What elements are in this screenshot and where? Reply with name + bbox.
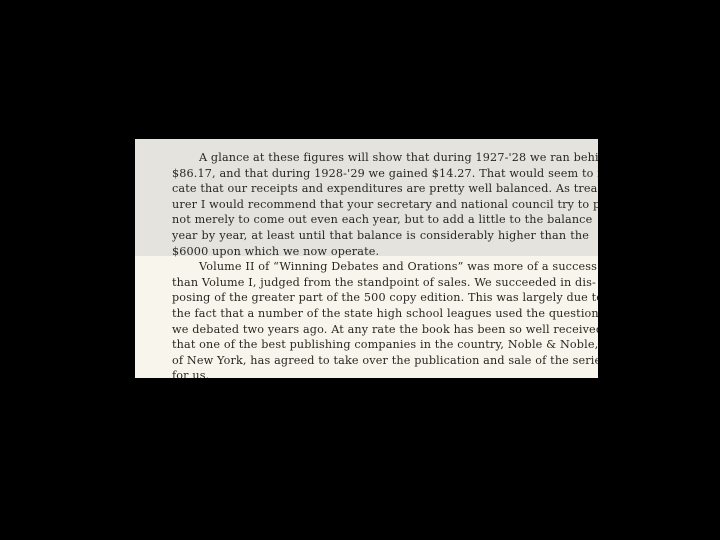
text-line: A glance at these figures will show that… [145,150,589,166]
text-line: of New York, has agreed to take over the… [145,353,589,369]
text-line: that one of the best publishing companie… [145,337,589,353]
text-line: $86.17, and that during 1928-'29 we gain… [145,166,589,182]
paragraph-winning-debates: Volume II of “Winning Debates and Oratio… [145,259,589,378]
text-line: the fact that a number of the state high… [145,306,589,322]
text-line: $6000 upon which we now operate. [145,244,589,260]
text-line: we debated two years ago. At any rate th… [145,322,589,338]
text-line: year by year, at least until that balanc… [145,228,589,244]
text-line: posing of the greater part of the 500 co… [145,290,589,306]
body-text: A glance at these figures will show that… [145,150,589,378]
text-line: for us. [145,368,589,378]
scanned-page: A glance at these figures will show that… [135,139,598,378]
paragraph-treasury-balance: A glance at these figures will show that… [145,150,589,259]
text-line: not merely to come out even each year, b… [145,212,589,228]
text-line: Volume II of “Winning Debates and Oratio… [145,259,589,275]
text-line: than Volume I, judged from the standpoin… [145,275,589,291]
text-line: urer I would recommend that your secreta… [145,197,589,213]
text-line: cate that our receipts and expenditures … [145,181,589,197]
